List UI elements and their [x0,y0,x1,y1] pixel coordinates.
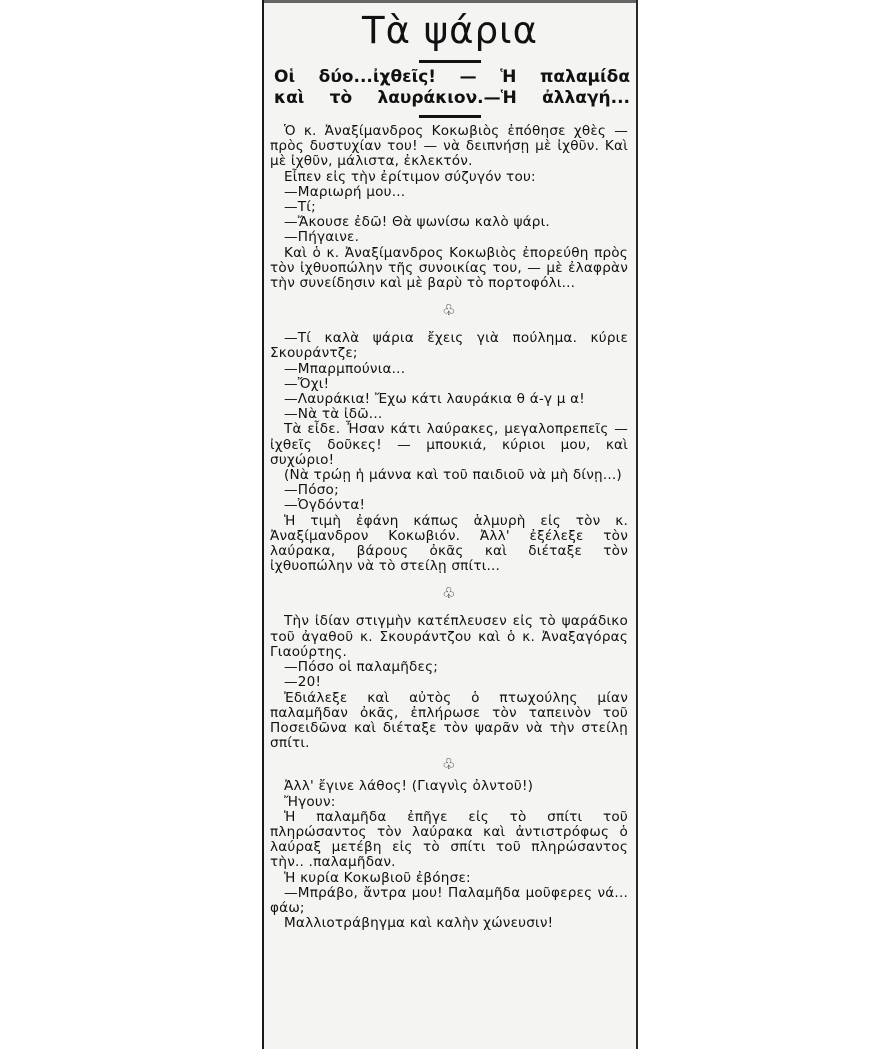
subtitle-divider [419,115,481,118]
paragraph: Μαλλιοτράβηγμα καὶ καλὴν χώνευσιν! [270,916,628,931]
dialogue-line: —20! [270,675,628,690]
dialogue-line: —Λαυράκια! Ἔχω κάτι λαυράκια θ ά-γ μ α! [270,392,628,407]
dialogue-line: —Τί καλὰ ψάρια ἔχεις γιὰ πούλημα. κύριε … [270,331,628,361]
club-ornament-icon: ♧ [270,584,628,602]
paragraph: Εἶπεν εἰς τὴν ἐρίτιμον σύζυγόν του: [270,170,628,185]
subtitle-line-2: καὶ τὸ λαυράκιον.—Ἡ ἀλλαγή... [274,88,630,109]
paragraph: Καὶ ὁ κ. Ἀναξίμανδρος Κοκωβιὸς ἐπορεύθη … [270,246,628,292]
paragraph: Ἡ παλαμῆδα ἐπῆγε εἰς τὸ σπίτι τοῦ πληρώσ… [270,810,628,871]
paragraph: Ἡ κυρία Κοκωβιοῦ ἐβόησε: [270,871,628,886]
title-divider [419,60,481,63]
paragraph: Ἐδιάλεξε καὶ αὐτὸς ὁ πτωχούλης μίαν παλα… [270,691,628,752]
dialogue-line: —Πήγαινε. [270,230,628,245]
article-subtitle: Οἱ δύο...ἰχθεῖς! — Ἡ παλαμίδα καὶ τὸ λαυ… [274,67,630,109]
paragraph: Ὁ κ. Ἀναξίμανδρος Κοκωβιὸς ἐπόθησε χθὲς … [270,124,628,170]
dialogue-line: —Πόσο οἱ παλαμῆδες; [270,660,628,675]
club-ornament-icon: ♧ [270,301,628,319]
article-body: Ὁ κ. Ἀναξίμανδρος Κοκωβιὸς ἐπόθησε χθὲς … [270,124,628,931]
paragraph: Ἡ τιμὴ ἐφάνη κάπως ἁλμυρὴ εἰς τὸν κ. Ἀνα… [270,514,628,575]
paragraph: (Νὰ τρώῃ ἡ μάννα καὶ τοῦ παιδιοῦ νὰ μὴ δ… [270,468,628,483]
paragraph: Τὰ εἶδε. Ἦσαν κάτι λαύρακες, μεγαλοπρεπε… [270,422,628,468]
subtitle-line-1: Οἱ δύο...ἰχθεῖς! — Ἡ παλαμίδα [274,67,630,88]
club-ornament-icon: ♧ [270,755,628,773]
paragraph: Τὴν ἰδίαν στιγμὴν κατέπλευσεν εἰς τὸ ψαρ… [270,614,628,660]
newspaper-column: Τὰ ψάρια Οἱ δύο...ἰχθεῖς! — Ἡ παλαμίδα κ… [262,0,638,1049]
section-1: Ὁ κ. Ἀναξίμανδρος Κοκωβιὸς ἐπόθησε χθὲς … [270,124,628,291]
dialogue-line: —Ὀγδόντα! [270,498,628,513]
article-title: Τὰ ψάρια [264,6,636,56]
section-3: Τὴν ἰδίαν στιγμὴν κατέπλευσεν εἰς τὸ ψαρ… [270,614,628,751]
dialogue-line: —Πόσο; [270,483,628,498]
dialogue-line: —Μπαρμπούνια... [270,362,628,377]
section-2: —Τί καλὰ ψάρια ἔχεις γιὰ πούλημα. κύριε … [270,331,628,574]
dialogue-line: —Μαριωρή μου... [270,185,628,200]
paragraph: Ἀλλ' ἔγινε λάθος! (Γιαγνὶς ὀλντοῦ!) [270,779,628,794]
section-4: Ἀλλ' ἔγινε λάθος! (Γιαγνὶς ὀλντοῦ!) Ἤγου… [270,779,628,931]
dialogue-line: —Μπράβο, ἄντρα μου! Παλαμῆδα μοῦφερες νά… [270,886,628,916]
dialogue-line: —Ἄκουσε ἐδῶ! Θὰ ψωνίσω καλὸ ψάρι. [270,215,628,230]
dialogue-line: —Τί; [270,200,628,215]
paragraph: Ἤγουν: [270,795,628,810]
dialogue-line: —Ὄχι! [270,377,628,392]
